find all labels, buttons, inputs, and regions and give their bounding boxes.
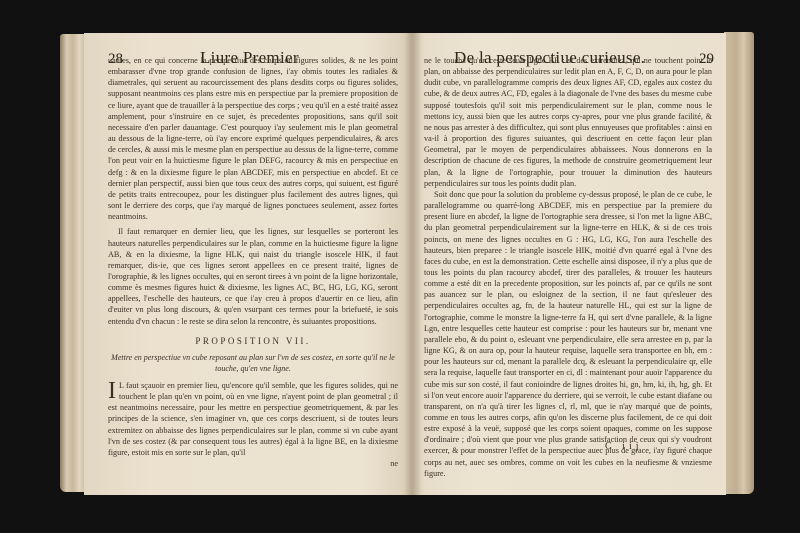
left-page: 28 Liure Premier uantes, en ce qui conce…	[84, 33, 412, 495]
open-book: 28 Liure Premier uantes, en ce qui conce…	[0, 0, 800, 533]
paragraph: uantes, en ce qui concerne la perspectiu…	[108, 55, 398, 222]
right-page-edges	[724, 32, 754, 494]
paragraph: Il faut remarquer en dernier lieu, que l…	[108, 226, 398, 326]
right-page-body: ne le toucha qu'en ceste seule ligne BE …	[424, 55, 712, 479]
proposition-title: PROPOSITION VII.	[108, 336, 398, 347]
proposition-statement: Mettre en perspectiue vn cube reposant a…	[108, 352, 398, 374]
left-page-body: uantes, en ce qui concerne la perspectiu…	[108, 55, 398, 469]
proposition-text: L faut sçauoir en premier lieu, qu'encor…	[108, 381, 398, 457]
paragraph: ne le toucha qu'en ceste seule ligne BE …	[424, 55, 712, 189]
drop-cap: I	[108, 381, 116, 401]
right-page: De la perspectiue curieuse. 29 ne le tou…	[412, 33, 726, 495]
book-gutter	[405, 33, 421, 495]
paragraph: Soit donc que pour la solution du proble…	[424, 189, 712, 479]
signature-mark: C iij	[605, 441, 643, 452]
left-page-edges	[60, 34, 86, 492]
proposition-body: IL faut sçauoir en premier lieu, qu'enco…	[108, 380, 398, 458]
catchword: ne	[108, 458, 398, 469]
